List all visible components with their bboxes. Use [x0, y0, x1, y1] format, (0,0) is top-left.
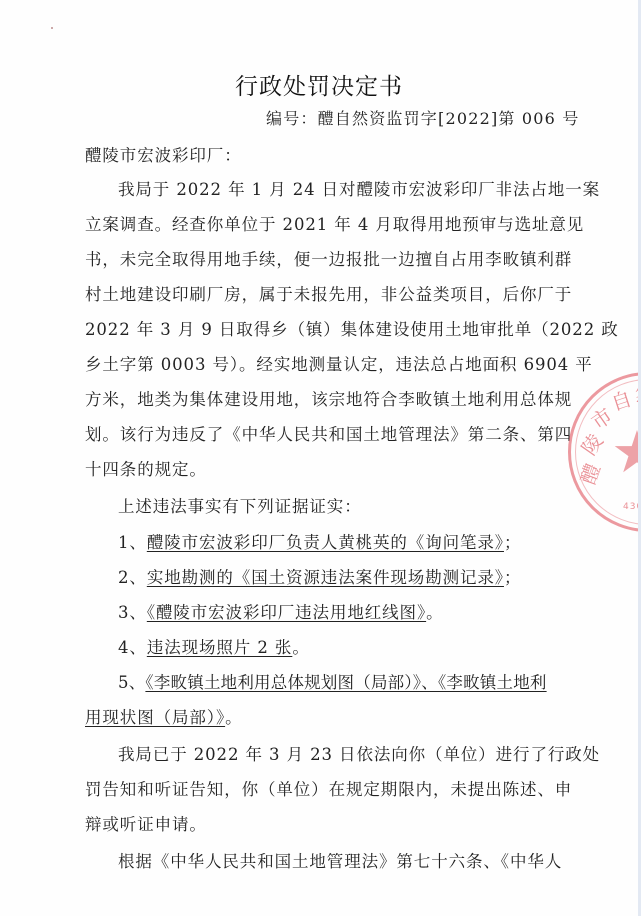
paragraph1-line4: 村土地建设印刷厂房，属于未报先用，非公益类项目，后你厂于: [85, 281, 543, 305]
paragraph1-line3: 书，未完全取得用地手续，便一边报批一边擅自占用李畋镇利群: [85, 246, 543, 270]
document-number: 编号：醴自然资监罚字[2022]第 006 号: [266, 106, 580, 129]
addressee: 醴陵市宏波彩印厂：: [85, 142, 242, 166]
evidence-text: 用现状图（局部）》: [85, 708, 225, 727]
evidence-text: 《李畋镇土地利用总体规划图（局部）》、《李畋镇土地利: [145, 673, 546, 692]
seal-star-icon: ★: [611, 423, 638, 481]
paragraph1-line6: 乡土字第 0003 号）。经实地测量认定，违法总占地面积 6904 平: [85, 351, 543, 375]
evidence-number: 5、: [118, 673, 145, 692]
evidence-text: 《醴陵市宏波彩印厂违法用地红线图》: [147, 603, 426, 622]
evidence-item-1: 1、醴陵市宏波彩印厂负责人黄桃英的《询问笔录》；: [118, 529, 521, 553]
paragraph1-line1: 我局于 2022 年 1 月 24 日对醴陵市宏波彩印厂非法占地一案: [118, 176, 543, 200]
paragraph1-line9: 十四条的规定。: [85, 456, 207, 480]
evidence-item-2: 2、实地勘测的《国土资源违法案件现场勘测记录》；: [118, 564, 521, 588]
evidence-punct: ；: [504, 533, 521, 552]
evidence-text: 醴陵市宏波彩印厂负责人黄桃英的《询问笔录》: [147, 533, 504, 552]
evidence-item-5: 5、《李畋镇土地利用总体规划图（局部）》、《李畋镇土地利: [118, 669, 547, 693]
paragraph2-line1: 我局已于 2022 年 3 月 23 日依法向你（单位）进行了行政处: [118, 741, 543, 765]
document-page: 行政处罚决定书 编号：醴自然资监罚字[2022]第 006 号 醴陵市宏波彩印厂…: [0, 0, 638, 916]
document-title: 行政处罚决定书: [0, 68, 638, 101]
paragraph2-line2: 罚告知和听证告知，你（单位）在规定期限内，未提出陈述、申: [85, 776, 543, 800]
paragraph3-line1: 根据《中华人民共和国土地管理法》第七十六条、《中华人: [118, 848, 543, 872]
paragraph1-line8: 划。该行为违反了《中华人民共和国土地管理法》第二条、第四: [85, 421, 543, 445]
evidence-item-4: 4、违法现场照片 2 张。: [118, 634, 310, 658]
evidence-item-3: 3、《醴陵市宏波彩印厂违法用地红线图》。: [118, 599, 444, 623]
evidence-punct: ；: [504, 568, 521, 587]
scan-speck: [51, 27, 53, 29]
paragraph2-line3: 辩或听证申请。: [85, 811, 207, 835]
evidence-intro: 上述违法事实有下列证据证实：: [118, 493, 362, 517]
evidence-number: 4、: [118, 638, 147, 657]
evidence-text: 实地勘测的《国土资源违法案件现场勘测记录》: [147, 568, 504, 587]
evidence-punct: 。: [292, 638, 309, 657]
seal-number: 43028: [623, 502, 638, 512]
evidence-text: 违法现场照片 2 张: [147, 638, 293, 657]
evidence-punct: 。: [426, 603, 443, 622]
evidence-number: 1、: [118, 533, 147, 552]
official-seal-stamp: 醴 陵 市 自 然 ★ 43028: [568, 372, 638, 532]
evidence-item-5-continued: 用现状图（局部）》。: [85, 704, 243, 728]
paragraph1-line7: 方米，地类为集体建设用地，该宗地符合李畋镇土地利用总体规: [85, 386, 543, 410]
evidence-number: 3、: [118, 603, 147, 622]
paragraph1-line2: 立案调查。经查你单位于 2021 年 4 月取得用地预审与选址意见: [85, 211, 543, 235]
paragraph1-line5: 2022 年 3 月 9 日取得乡（镇）集体建设使用土地审批单（2022 政: [85, 316, 543, 340]
evidence-punct: 。: [225, 708, 242, 727]
evidence-number: 2、: [118, 568, 147, 587]
